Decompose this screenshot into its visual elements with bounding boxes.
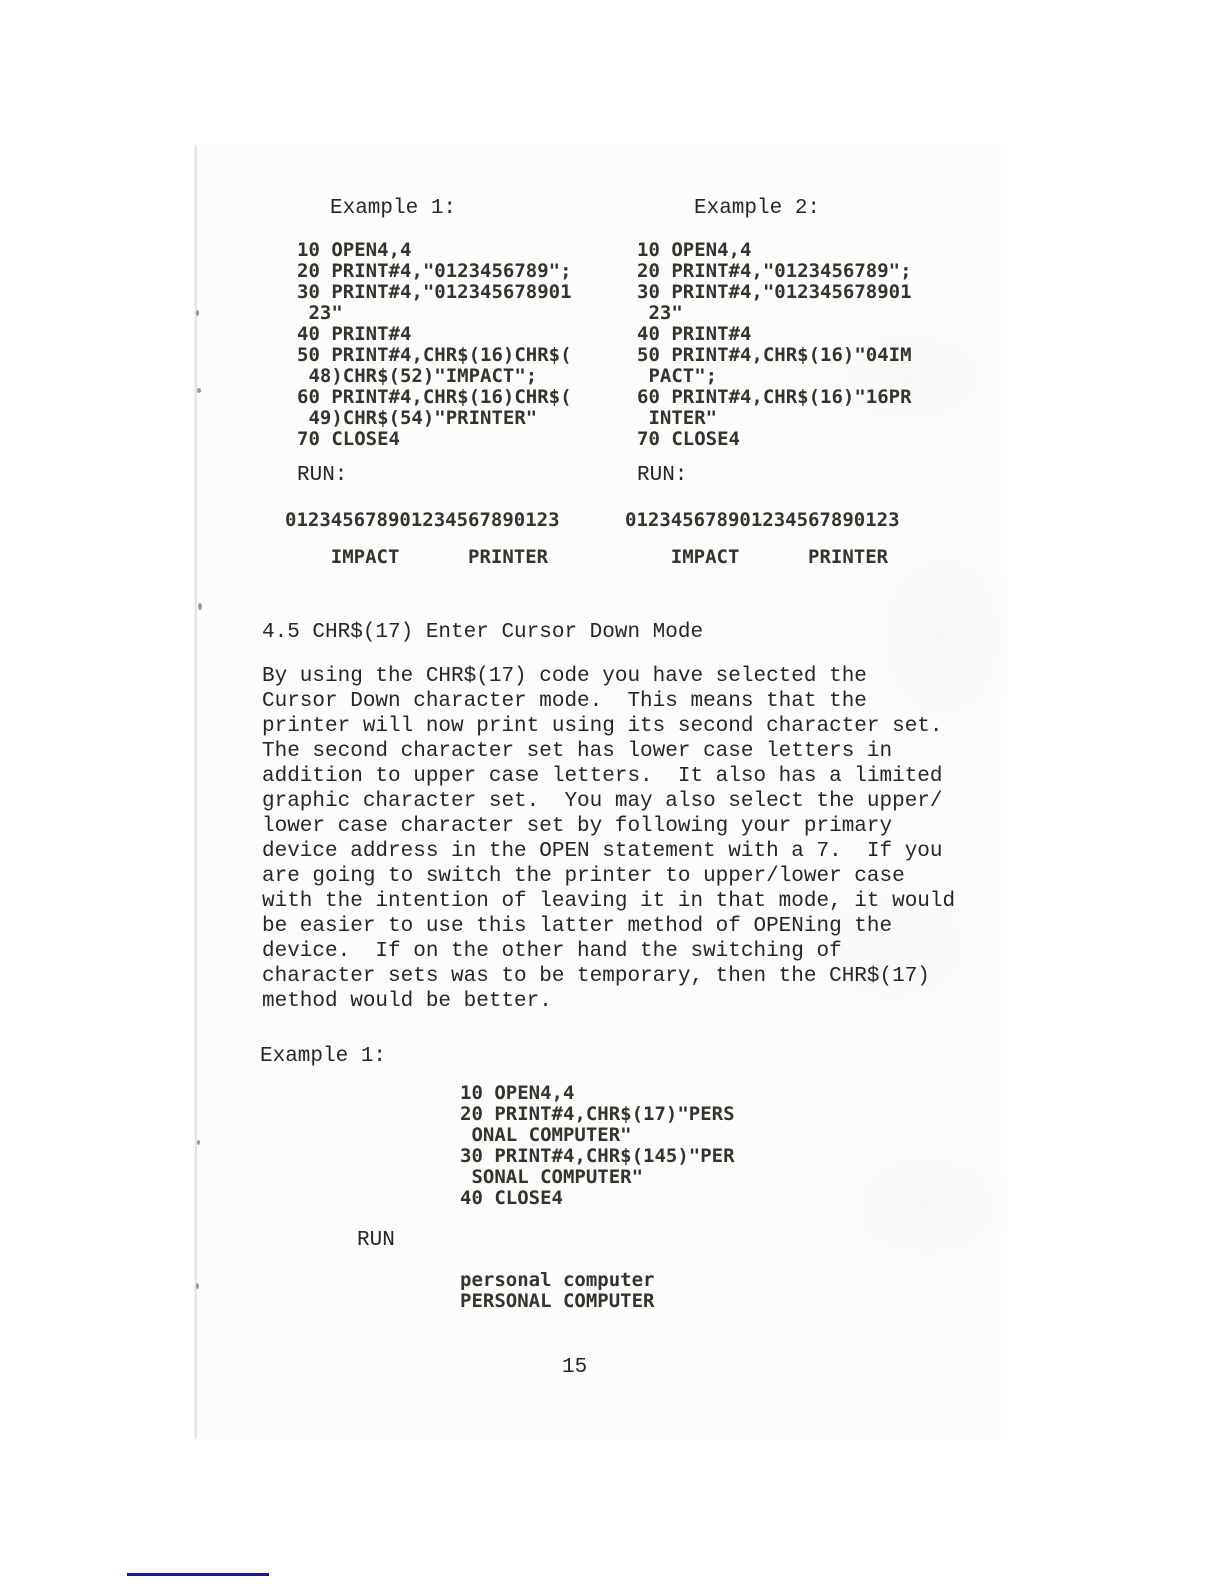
section-body-text: By using the CHR$(17) code you have sele… [262, 664, 955, 1014]
scan-artifact [196, 1283, 199, 1289]
example-2-heading: Example 2: [694, 196, 820, 221]
example-2-output-ruler: 012345678901234567890123 [625, 510, 900, 531]
bottom-example-code-listing: 10 OPEN4,4 20 PRINT#4,CHR$(17)"PERS ONAL… [460, 1083, 735, 1209]
example-1-heading: Example 1: [330, 196, 456, 221]
example-1-output-line: IMPACT PRINTER [285, 547, 548, 568]
scan-artifact [196, 310, 199, 316]
bottom-example-output: personal computer PERSONAL COMPUTER [460, 1270, 654, 1312]
scan-artifact [197, 388, 201, 393]
scan-artifact [197, 1140, 200, 1145]
example-1-run-label: RUN: [297, 463, 347, 488]
example-2-output-line: IMPACT PRINTER [625, 547, 888, 568]
manual-page: Example 1: Example 2: 10 OPEN4,4 20 PRIN… [195, 145, 1007, 1439]
scan-background: Example 1: Example 2: 10 OPEN4,4 20 PRIN… [0, 0, 1224, 1584]
footer-underline [127, 1573, 269, 1576]
bottom-example-run-label: RUN [357, 1228, 395, 1253]
scan-artifact [198, 603, 202, 610]
example-1-code-listing: 10 OPEN4,4 20 PRINT#4,"0123456789"; 30 P… [297, 240, 572, 450]
example-2-code-listing: 10 OPEN4,4 20 PRINT#4,"0123456789"; 30 P… [637, 240, 912, 450]
example-1-output-ruler: 012345678901234567890123 [285, 510, 560, 531]
bottom-example-heading: Example 1: [260, 1044, 386, 1069]
page-number: 15 [562, 1355, 587, 1380]
section-heading: 4.5 CHR$(17) Enter Cursor Down Mode [262, 620, 703, 645]
example-2-run-label: RUN: [637, 463, 687, 488]
